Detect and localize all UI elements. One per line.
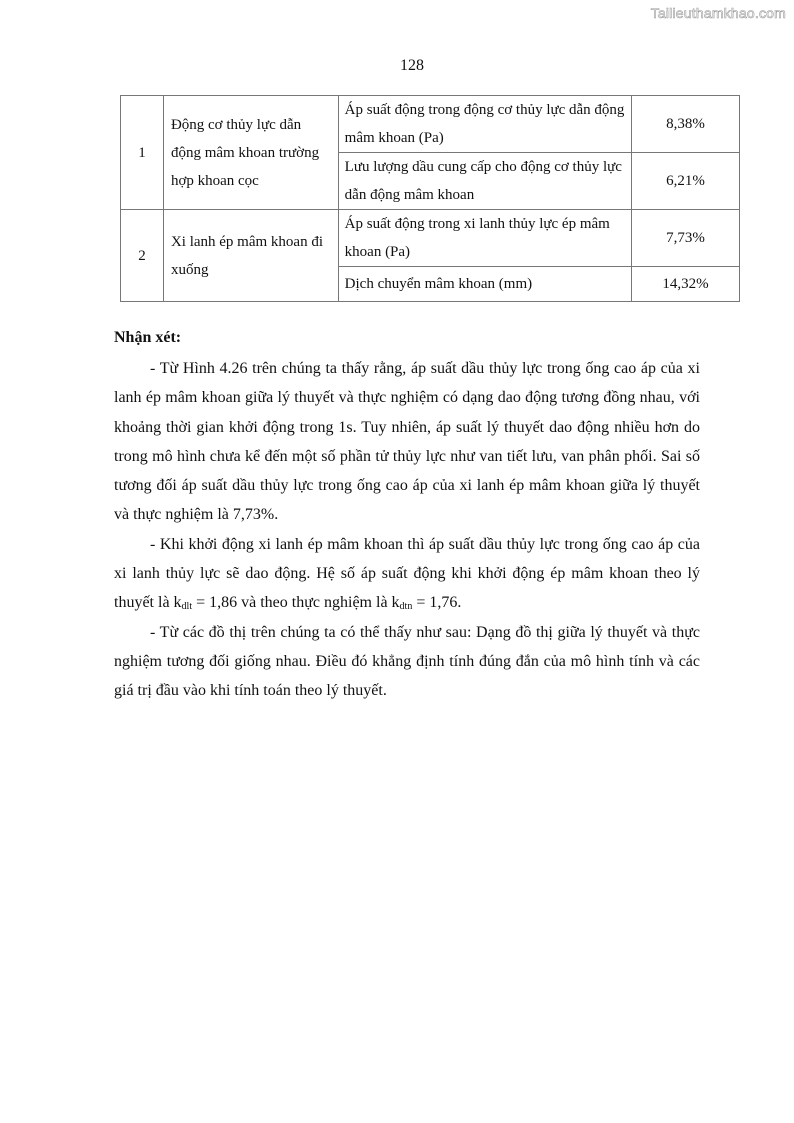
remarks-section: Nhận xét: - Từ Hình 4.26 trên chúng ta t… <box>114 326 700 706</box>
parameter-cell: Áp suất động trong động cơ thủy lực dẫn … <box>338 96 631 153</box>
table-row: 2 Xi lanh ép mâm khoan đi xuống Áp suất … <box>121 210 740 267</box>
remark-text: = 1,86 và theo thực nghiệm là k <box>192 594 399 611</box>
parameter-cell: Dịch chuyển mâm khoan (mm) <box>338 267 631 302</box>
watermark: Tailieuthamkhao.com <box>651 5 786 21</box>
error-comparison-table: 1 Động cơ thủy lực dẫn động mâm khoan tr… <box>120 95 740 302</box>
remarks-heading: Nhận xét: <box>114 326 700 350</box>
object-cell: Xi lanh ép mâm khoan đi xuống <box>163 210 338 302</box>
parameter-cell: Áp suất động trong xi lanh thủy lực ép m… <box>338 210 631 267</box>
subscript-dtn: dtn <box>400 601 413 612</box>
remark-text: = 1,76. <box>412 594 461 611</box>
error-cell: 6,21% <box>632 153 740 210</box>
remark-paragraph-3: - Từ các đồ thị trên chúng ta có thể thấ… <box>114 618 700 706</box>
subscript-dlt: dlt <box>182 601 193 612</box>
page-number: 128 <box>0 57 794 75</box>
row-index: 1 <box>121 96 164 210</box>
parameter-cell: Lưu lượng dầu cung cấp cho động cơ thủy … <box>338 153 631 210</box>
error-cell: 8,38% <box>632 96 740 153</box>
error-cell: 7,73% <box>632 210 740 267</box>
row-index: 2 <box>121 210 164 302</box>
object-cell: Động cơ thủy lực dẫn động mâm khoan trườ… <box>163 96 338 210</box>
remark-paragraph-2: - Khi khởi động xi lanh ép mâm khoan thì… <box>114 530 700 618</box>
table-row: 1 Động cơ thủy lực dẫn động mâm khoan tr… <box>121 96 740 153</box>
error-cell: 14,32% <box>632 267 740 302</box>
remark-paragraph-1: - Từ Hình 4.26 trên chúng ta thấy rằng, … <box>114 354 700 530</box>
